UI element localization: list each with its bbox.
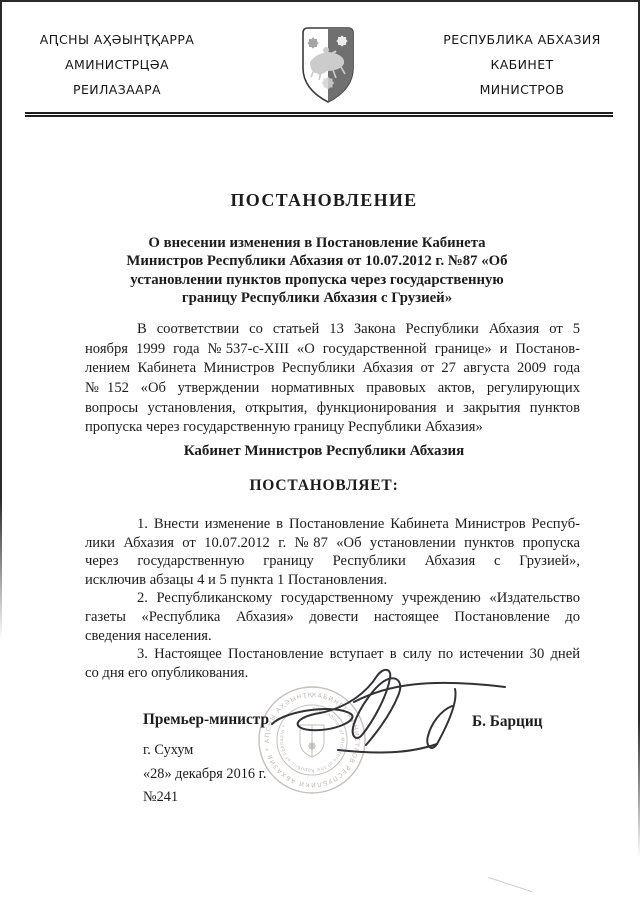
page-border-top (0, 0, 640, 2)
letterhead-line: РЕИЛАЗААРА (24, 77, 210, 102)
preamble-line: В соответствии со статьей 13 Закона Респ… (85, 320, 580, 340)
item2-line: сведения населения. (85, 627, 580, 646)
subject-line: Министров Республики Абхазия от 10.07.20… (87, 252, 547, 270)
page-border-left (0, 0, 2, 640)
letterhead-line: МИНИСТРОВ (429, 77, 615, 102)
handwritten-signature (258, 662, 508, 762)
subject-line: установлении пунктов пропуска через госу… (87, 271, 547, 289)
document-title: ПОСТАНОВЛЕНИЕ (85, 190, 563, 211)
letterhead-abkhaz-name: АԤСНЫ АҲӘЫНҬҚАРРА АМИНИСТРЦӘА РЕИЛАЗААРА (24, 27, 210, 102)
item1-line: через государственную границу Республики… (85, 552, 580, 571)
preamble-line: №152 «Об утверждении нормативных правовы… (85, 379, 580, 399)
item2-line: 2. Республиканскому государственному учр… (85, 589, 580, 608)
letterhead-line: АԤСНЫ АҲӘЫНҬҚАРРА (24, 27, 210, 52)
letterhead-divider-rule (25, 112, 613, 117)
preamble-line: ноября 1999 года №537-с-XIII «О государс… (85, 340, 580, 360)
preamble-paragraph: В соответствии со статьей 13 Закона Респ… (85, 320, 580, 438)
signer-position-title: Премьер-министр (143, 711, 269, 729)
resolves-heading: ПОСТАНОВЛЯЕТ: (85, 477, 563, 495)
decree-document-page: АԤСНЫ АҲӘЫНҬҚАРРА АМИНИСТРЦӘА РЕИЛАЗААРА… (0, 0, 640, 905)
decree-number: №241 (143, 789, 178, 806)
coat-of-arms-icon (299, 24, 357, 106)
preamble-line: вопросы установления, открытия, функцион… (85, 399, 580, 419)
scan-artifact (488, 877, 532, 892)
letterhead-line: РЕСПУБЛИКА АБХАЗИЯ (429, 27, 615, 52)
subject-line: границу Республики Абхазия с Грузией» (87, 289, 547, 307)
decree-items: 1. Внести изменение в Постановление Каби… (85, 515, 580, 682)
item1-line: 1. Внести изменение в Постановление Каби… (85, 515, 580, 534)
preamble-line: лением Кабинета Министров Республики Абх… (85, 359, 580, 379)
decreeing-body-line: Кабинет Министров Республики Абхазия (85, 443, 563, 460)
issue-date: «28» декабря 2016 г. (143, 766, 266, 783)
letterhead-russian-name: РЕСПУБЛИКА АБХАЗИЯ КАБИНЕТ МИНИСТРОВ (429, 27, 615, 102)
item2-line: газеты «Республика Абхазия» довести наст… (85, 608, 580, 627)
letterhead-line: АМИНИСТРЦӘА (24, 52, 210, 77)
preamble-line: пропуска через государственную границу Р… (85, 418, 580, 438)
decree-subject: О внесении изменения в Постановление Каб… (87, 234, 547, 308)
item1-line: лики Абхазия от 10.07.2012 г. №87 «Об ус… (85, 534, 580, 553)
issue-city: г. Сухум (143, 742, 193, 759)
signer-name: Б. Барциц (472, 713, 542, 731)
letterhead-line: КАБИНЕТ (429, 52, 615, 77)
subject-line: О внесении изменения в Постановление Каб… (87, 234, 547, 252)
item3-line: 3. Настоящее Постановление вступает в си… (85, 645, 580, 664)
item1-line: исключив абзацы 4 и 5 пункта 1 Постановл… (85, 571, 580, 590)
